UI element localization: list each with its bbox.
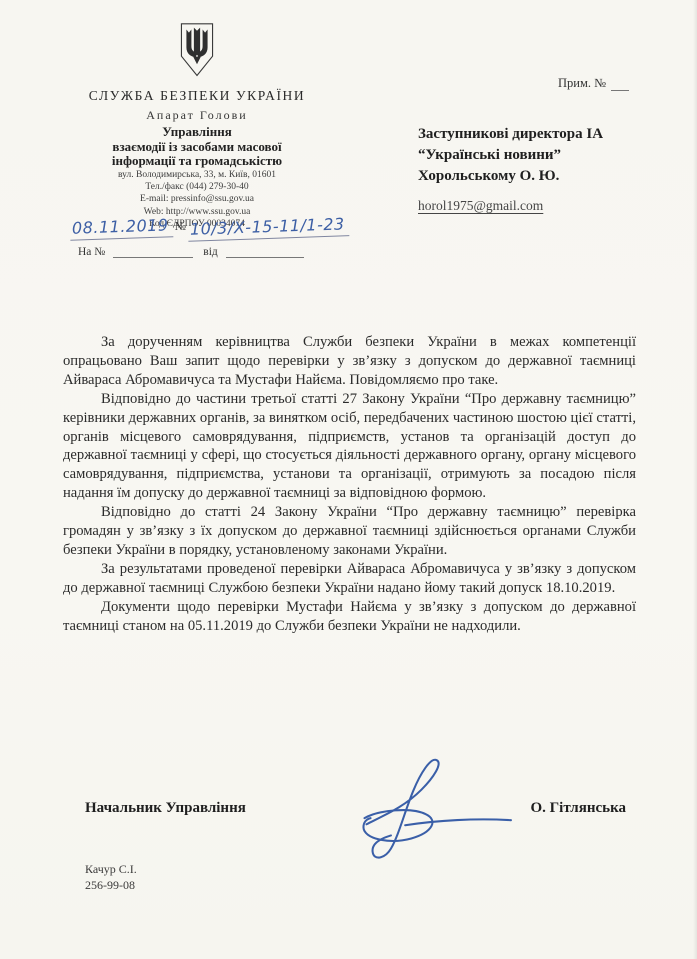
contact-phone: Тел./факс (044) 279-30-40	[30, 181, 364, 193]
department-line: взаємодії із засобами масової	[30, 140, 364, 155]
department-name: Управління взаємодії із засобами масової…	[30, 125, 364, 169]
org-subdivision: Апарат Голови	[30, 108, 364, 123]
body-paragraph: Відповідно до статті 24 Закону України “…	[63, 503, 636, 560]
recipient-line: “Українські новини”	[418, 145, 668, 166]
letter-body: За дорученням керівництва Служби безпеки…	[63, 333, 636, 636]
scanned-letter-page: СЛУЖБА БЕЗПЕКИ УКРАЇНИ Апарат Голови Упр…	[0, 0, 697, 959]
body-paragraph: Документи щодо перевірки Мустафи Найєма …	[63, 598, 636, 636]
contact-email: E-mail: pressinfo@ssu.gov.ua	[30, 193, 364, 205]
blank-line	[113, 246, 193, 258]
recipient-line: Хорольському О. Ю.	[418, 166, 668, 187]
body-paragraph: Відповідно до частини третьої статті 27 …	[63, 390, 636, 503]
executor-block: Качур С.І. 256-99-08	[85, 861, 137, 893]
recipient-email: horol1975@gmail.com	[418, 198, 543, 214]
department-line: інформації та громадськістю	[30, 154, 364, 169]
copy-note-label: Прим. №	[558, 76, 606, 90]
ukraine-trident-emblem	[177, 22, 217, 78]
contact-address: вул. Володимирська, 33, м. Київ, 01601	[30, 169, 364, 181]
na-no-label: На №	[78, 246, 105, 258]
executor-phone: 256-99-08	[85, 877, 137, 893]
department-line: Управління	[30, 125, 364, 140]
body-paragraph: За результатами проведеної перевірки Айв…	[63, 560, 636, 598]
vid-label: від	[203, 246, 217, 258]
handwritten-date: 08.11.2019	[70, 215, 173, 241]
incoming-ref-line: На №від	[78, 246, 304, 258]
blank-line	[226, 246, 304, 258]
outgoing-ref-line: 08.11.2019№10/3/Х-15-11/1-23	[70, 217, 370, 239]
number-sign: №	[175, 219, 186, 233]
executor-name: Качур С.І.	[85, 861, 137, 877]
org-name: СЛУЖБА БЕЗПЕКИ УКРАЇНИ	[30, 88, 364, 104]
recipient-line: Заступникові директора ІА	[418, 124, 668, 145]
signer-position-title: Начальник Управління	[85, 800, 246, 817]
body-paragraph: За дорученням керівництва Служби безпеки…	[63, 333, 636, 390]
pen-signature-icon	[336, 757, 514, 861]
recipient-block: Заступникові директора ІА “Українські но…	[418, 124, 668, 187]
blank-line	[611, 79, 629, 91]
copy-number-note: Прим. №	[558, 76, 629, 91]
handwritten-ref-number: 10/3/Х-15-11/1-23	[188, 214, 349, 242]
signer-name: О. Гітлянська	[530, 800, 626, 817]
